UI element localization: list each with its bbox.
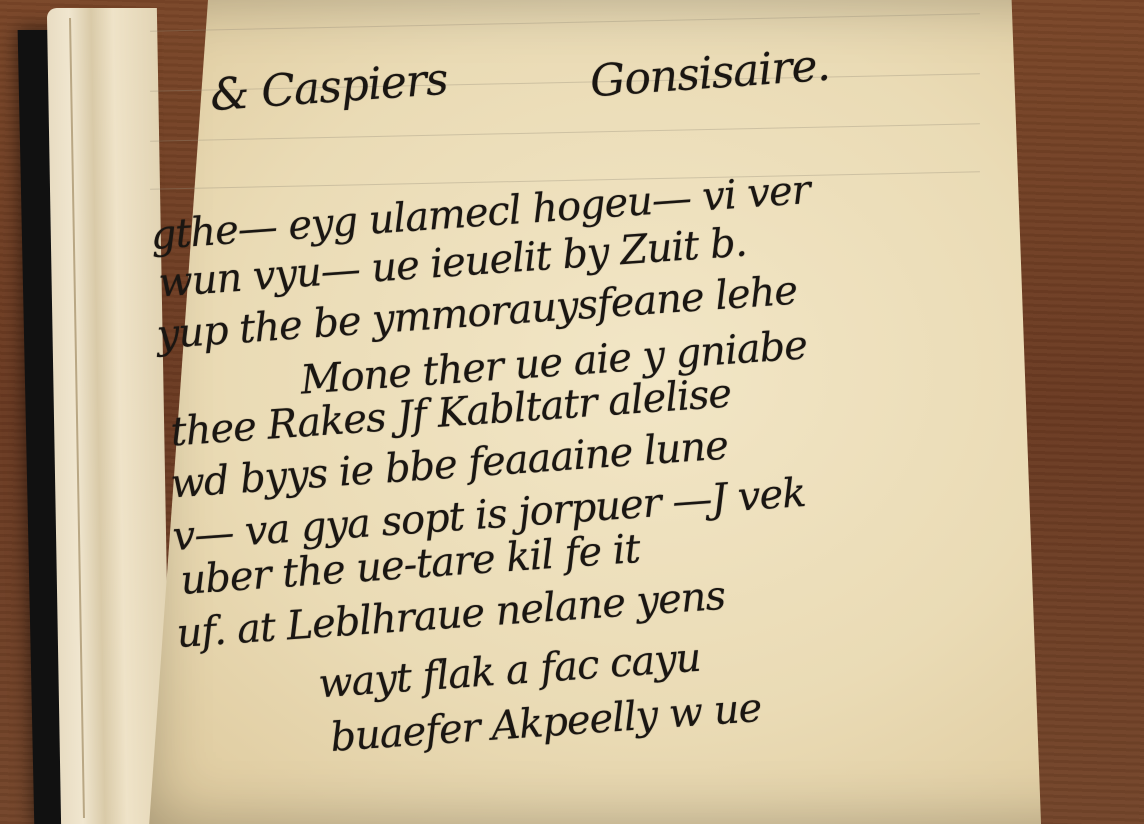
- page-edges: [47, 8, 171, 824]
